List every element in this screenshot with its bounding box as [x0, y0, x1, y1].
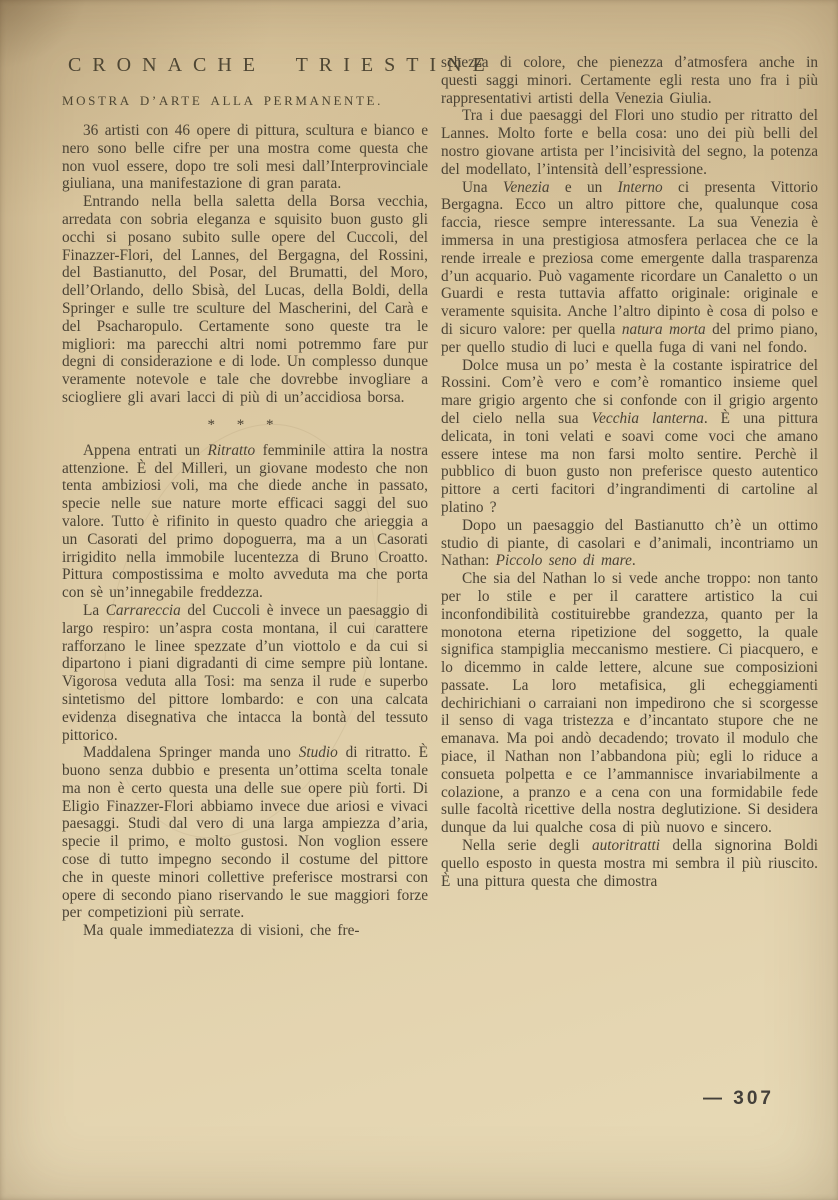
- page-title: CRONACHE TRIESTINE: [68, 54, 428, 77]
- paragraph: Ma quale immediatezza di visioni, che fr…: [62, 922, 428, 940]
- left-column-paragraphs: 36 artisti con 46 opere di pittura, scul…: [62, 122, 428, 940]
- paragraph: schezza di colore, che pienezza d’atmosf…: [441, 54, 818, 107]
- right-column: schezza di colore, che pienezza d’atmosf…: [441, 54, 818, 940]
- paragraph: 36 artisti con 46 opere di pittura, scul…: [62, 122, 428, 193]
- paragraph: La Carrareccia del Cuccoli è invece un p…: [62, 602, 428, 744]
- paragraph: Dopo un paesaggio del Bastianutto ch’è u…: [441, 517, 818, 570]
- paragraph: Entrando nella bella saletta della Borsa…: [62, 193, 428, 407]
- right-column-paragraphs: schezza di colore, che pienezza d’atmosf…: [441, 54, 818, 890]
- article-subtitle: MOSTRA D’ARTE ALLA PERMANENTE.: [62, 93, 428, 109]
- paragraph: Che sia del Nathan lo si vede anche trop…: [441, 570, 818, 837]
- page-content: CRONACHE TRIESTINE MOSTRA D’ARTE ALLA PE…: [62, 54, 818, 940]
- paragraph: Maddalena Springer manda uno Studio di r…: [62, 744, 428, 922]
- paragraph: Dolce musa un po’ mesta è la costante is…: [441, 357, 818, 517]
- paragraph: Una Venezia e un Interno ci presenta Vit…: [441, 179, 818, 357]
- page-number: — 307: [703, 1088, 774, 1110]
- paragraph: Nella serie degli autoritratti della sig…: [441, 837, 818, 890]
- magazine-page: CRONACHE TRIESTINE MOSTRA D’ARTE ALLA PE…: [0, 0, 838, 1200]
- paragraph: Appena entrati un Ritratto femminile att…: [62, 442, 428, 602]
- left-column: CRONACHE TRIESTINE MOSTRA D’ARTE ALLA PE…: [62, 54, 428, 940]
- paragraph: Tra i due paesaggi del Flori uno studio …: [441, 107, 818, 178]
- section-separator: * * *: [62, 417, 428, 434]
